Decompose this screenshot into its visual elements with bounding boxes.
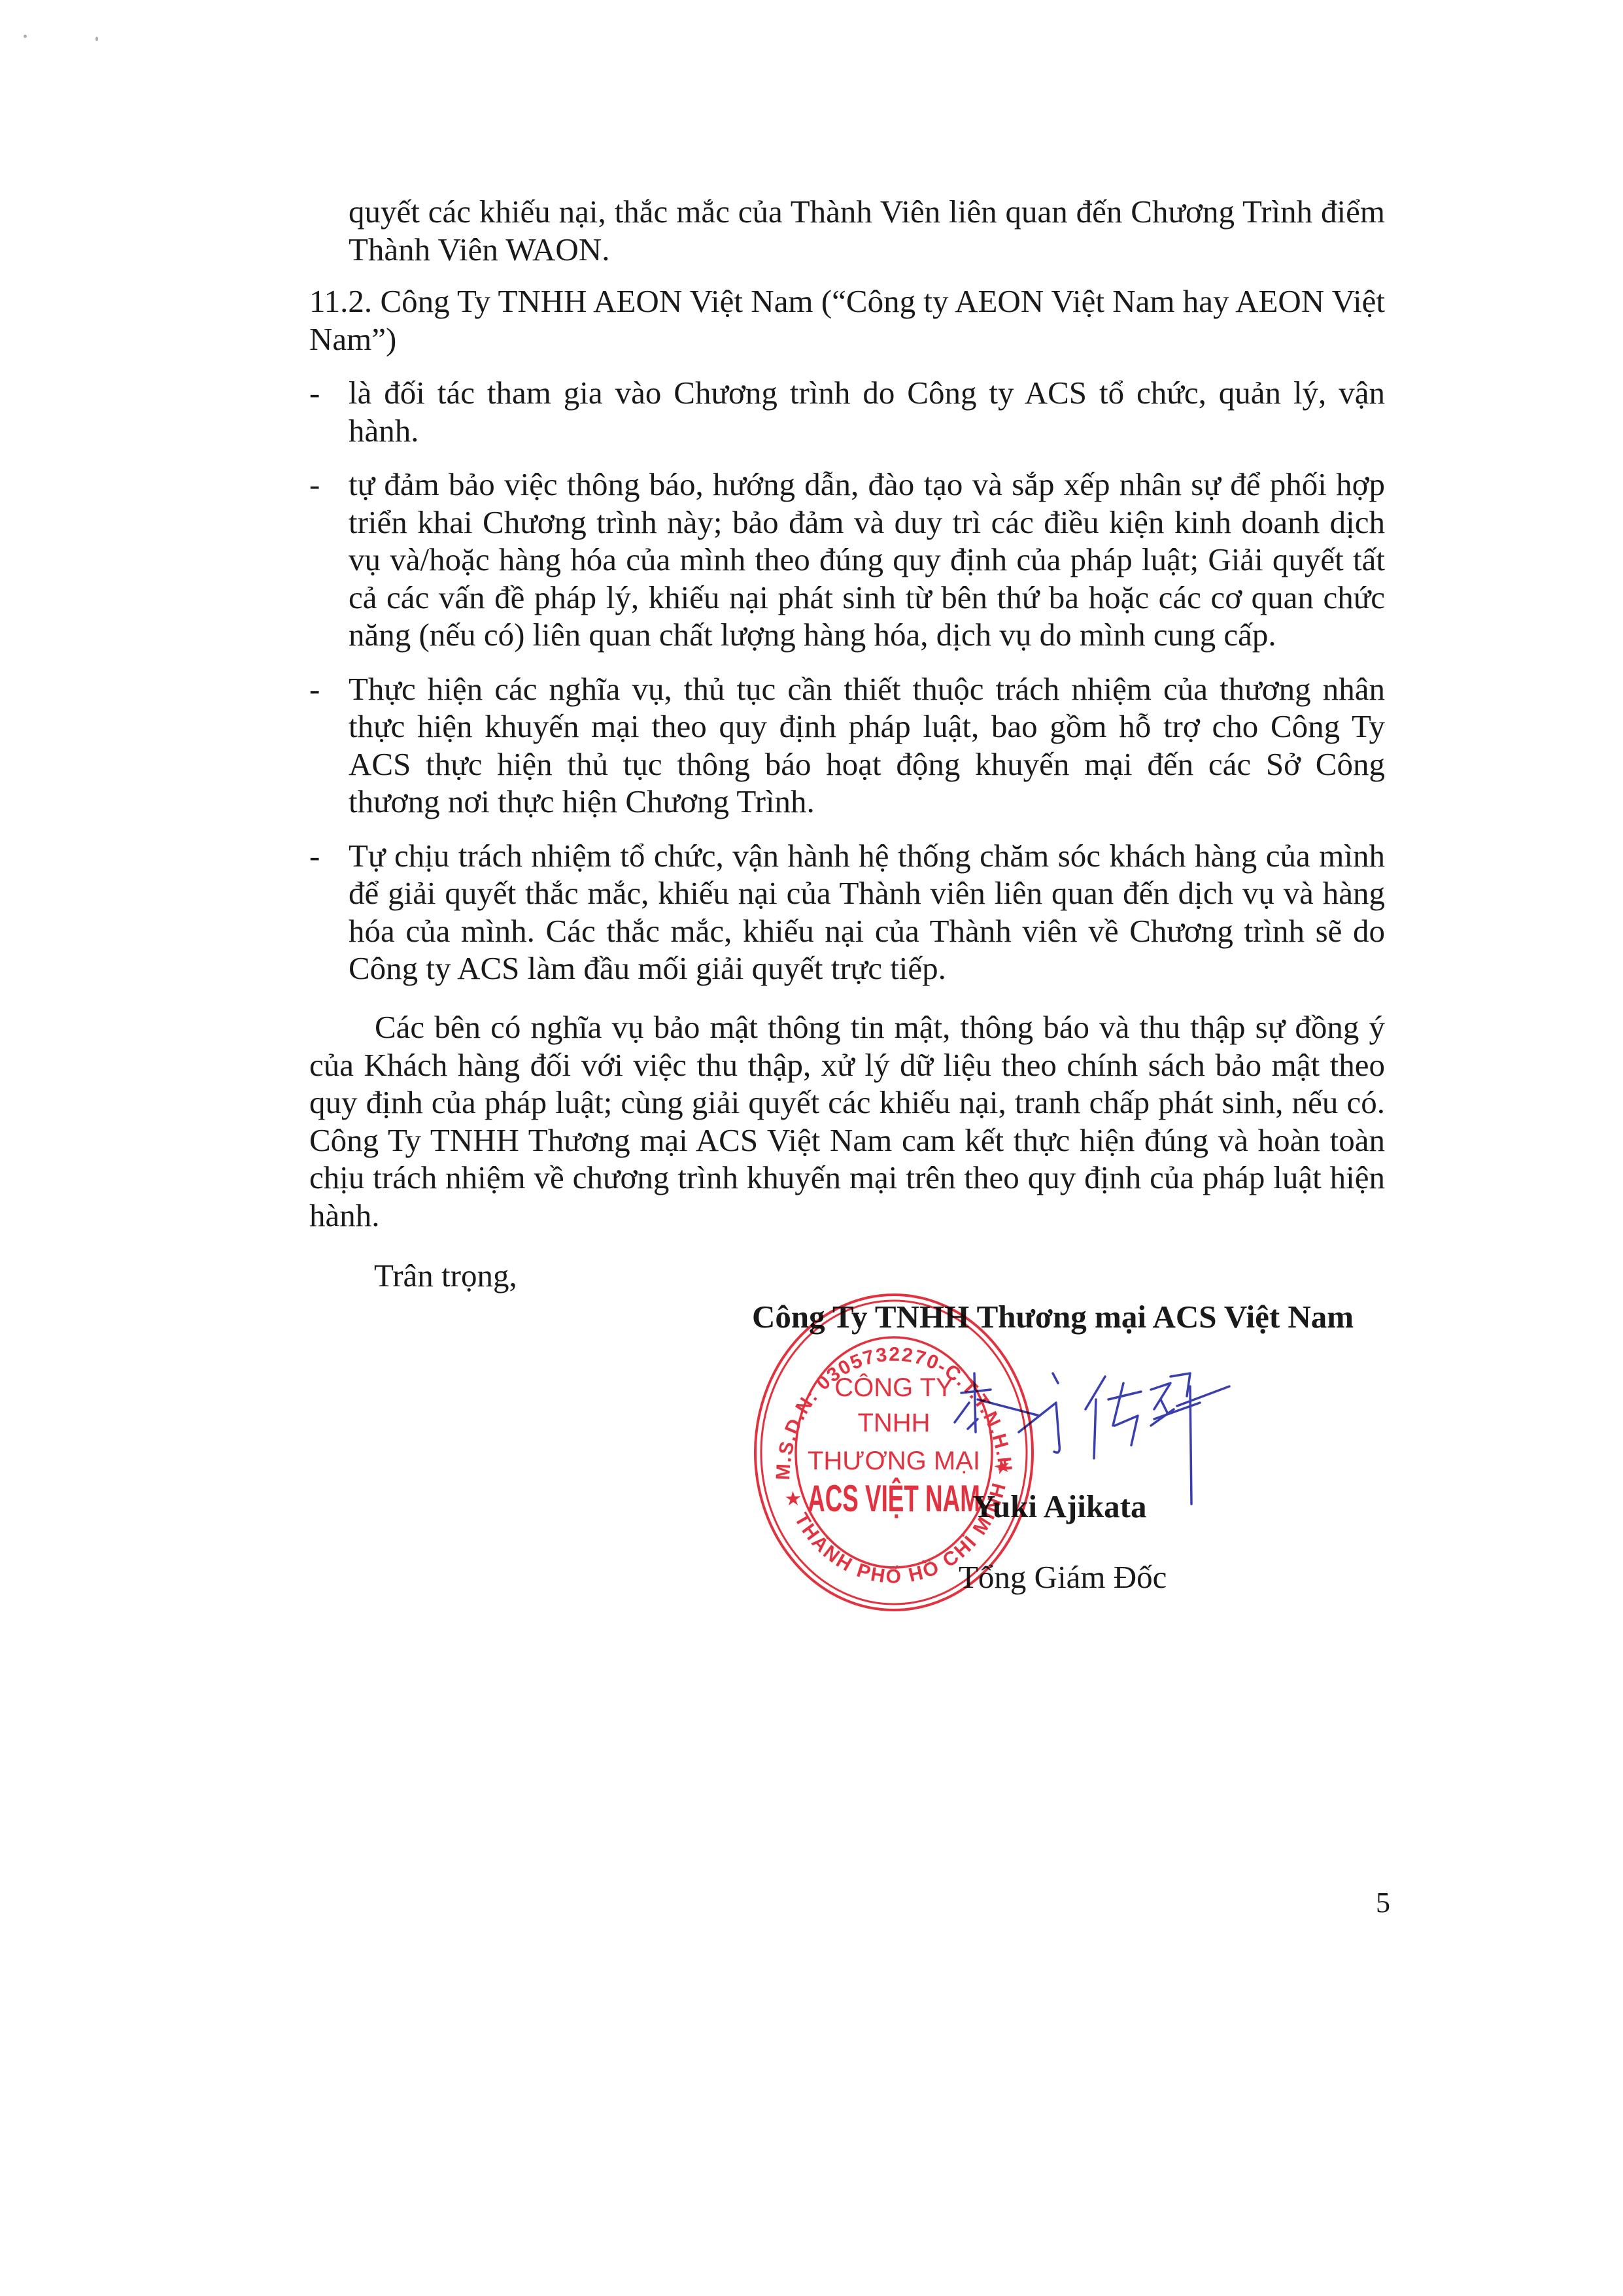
handwritten-signature-icon bbox=[942, 1347, 1242, 1511]
list-item: - là đối tác tham gia vào Chương trình d… bbox=[309, 374, 1385, 449]
continuation-paragraph: quyết các khiếu nại, thắc mắc của Thành … bbox=[309, 193, 1385, 268]
scan-speck bbox=[24, 35, 27, 38]
section-heading-block: 11.2. Công Ty TNHH AEON Việt Nam (“Công … bbox=[309, 283, 1385, 358]
responsibility-list: - là đối tác tham gia vào Chương trình d… bbox=[309, 374, 1385, 1004]
closing-salutation: Trân trọng, bbox=[374, 1257, 517, 1295]
section-heading: 11.2. Công Ty TNHH AEON Việt Nam (“Công … bbox=[309, 283, 1385, 358]
scan-speck bbox=[95, 37, 98, 41]
dash-bullet-icon: - bbox=[309, 374, 335, 412]
list-item: - Tự chịu trách nhiệm tổ chức, vận hành … bbox=[309, 837, 1385, 987]
stamp-line-2: TNHH bbox=[857, 1409, 930, 1437]
dash-bullet-icon: - bbox=[309, 670, 335, 708]
list-item-text: là đối tác tham gia vào Chương trình do … bbox=[349, 375, 1385, 449]
list-item-text: Thực hiện các nghĩa vụ, thủ tục cần thiế… bbox=[349, 671, 1385, 820]
list-item-text: tự đảm bảo việc thông báo, hướng dẫn, đà… bbox=[349, 466, 1385, 653]
list-item: - Thực hiện các nghĩa vụ, thủ tục cần th… bbox=[309, 670, 1385, 821]
list-item-text: Tự chịu trách nhiệm tổ chức, vận hành hệ… bbox=[349, 838, 1385, 987]
dash-bullet-icon: - bbox=[309, 837, 335, 875]
stamp-line-1: CÔNG TY bbox=[834, 1373, 953, 1402]
commitment-paragraph: Các bên có nghĩa vụ bảo mật thông tin mậ… bbox=[309, 1008, 1385, 1234]
page-number: 5 bbox=[1376, 1887, 1390, 1919]
dash-bullet-icon: - bbox=[309, 466, 335, 504]
continuation-text: quyết các khiếu nại, thắc mắc của Thành … bbox=[309, 193, 1385, 268]
commitment-block: Các bên có nghĩa vụ bảo mật thông tin mậ… bbox=[309, 1008, 1385, 1234]
list-item: - tự đảm bảo việc thông báo, hướng dẫn, … bbox=[309, 466, 1385, 654]
